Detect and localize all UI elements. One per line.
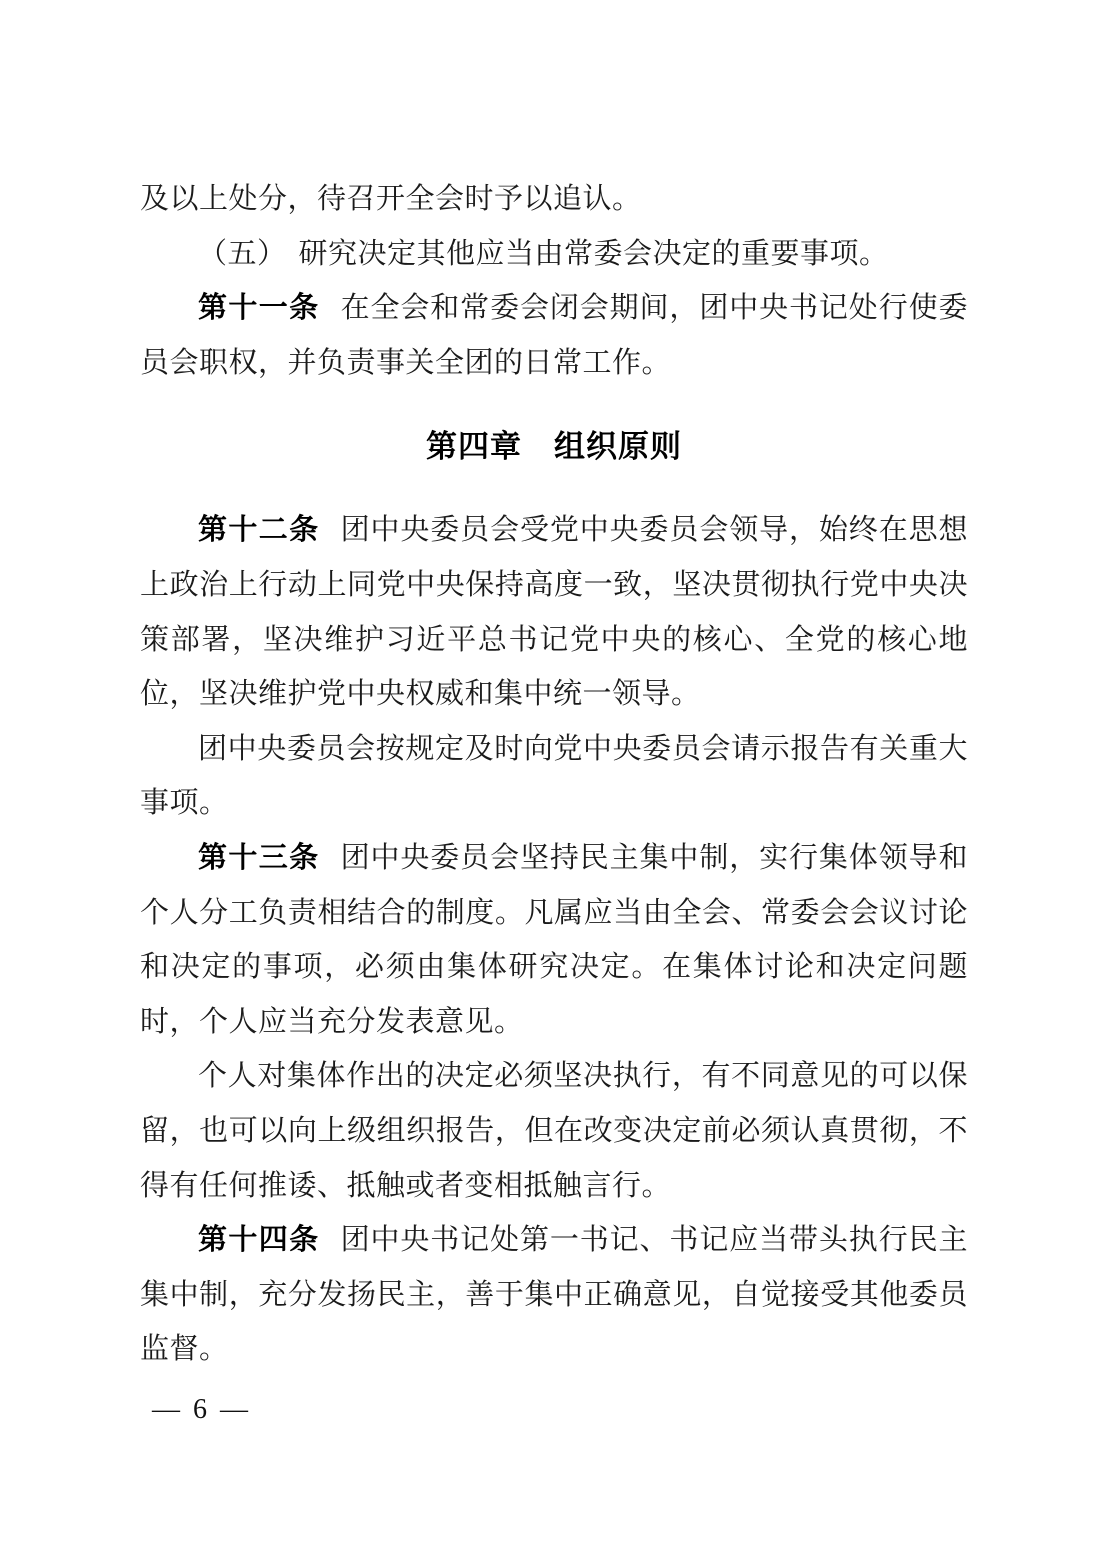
article-11-paragraph: 第十一条在全会和常委会闭会期间，团中央书记处行使委员会职权，并负责事关全团的日常… [140, 281, 968, 390]
article-11-number: 第十一条 [198, 292, 320, 324]
article-12-paragraph-2: 团中央委员会按规定及时向党中央委员会请示报告有关重大事项。 [140, 722, 968, 831]
article-14-paragraph: 第十四条团中央书记处第一书记、书记应当带头执行民主集中制，充分发扬民主，善于集中… [140, 1213, 968, 1377]
paragraph-continuation: 及以上处分，待召开全会时予以追认。 [140, 172, 968, 227]
document-content: 及以上处分，待召开全会时予以追认。 （五）研究决定其他应当由常委会决定的重要事项… [140, 172, 968, 1377]
list-item-five-marker: （五） [198, 238, 287, 270]
list-item-five: （五）研究决定其他应当由常委会决定的重要事项。 [140, 227, 968, 282]
article-12-number: 第十二条 [198, 514, 320, 546]
page-number: — 6 — [152, 1393, 251, 1427]
document-page: 及以上处分，待召开全会时予以追认。 （五）研究决定其他应当由常委会决定的重要事项… [0, 0, 1102, 1559]
article-13-paragraph-1: 第十三条团中央委员会坚持民主集中制，实行集体领导和个人分工负责相结合的制度。凡属… [140, 831, 968, 1049]
article-13-number: 第十三条 [198, 842, 320, 874]
article-13-paragraph-2: 个人对集体作出的决定必须坚决执行，有不同意见的可以保留，也可以向上级组织报告，但… [140, 1049, 968, 1213]
chapter-4-heading: 第四章 组织原则 [140, 419, 968, 474]
list-item-five-text: 研究决定其他应当由常委会决定的重要事项。 [299, 238, 889, 270]
article-12-paragraph-1: 第十二条团中央委员会受党中央委员会领导，始终在思想上政治上行动上同党中央保持高度… [140, 503, 968, 721]
article-14-number: 第十四条 [198, 1224, 320, 1256]
